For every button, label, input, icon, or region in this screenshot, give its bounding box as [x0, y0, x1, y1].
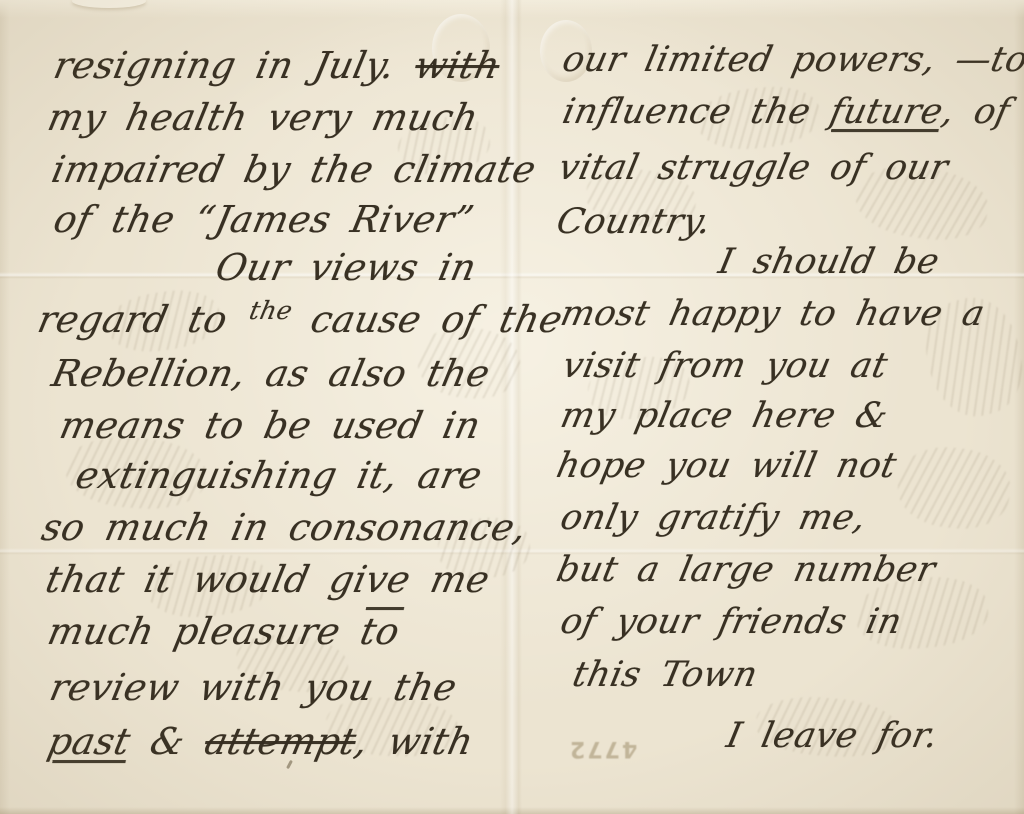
text-segment: future [826, 92, 946, 132]
letter-page-left: resigning in July. withmy health very mu… [22, 0, 508, 814]
handwritten-line: means to be used in [56, 404, 484, 447]
handwritten-line: our limited powers, —to [559, 40, 1024, 80]
text-segment: most happy to have a [557, 294, 988, 334]
text-segment: cause of the [286, 298, 567, 341]
handwritten-line: only gratify me, [557, 498, 870, 538]
handwritten-line: of the “James River” [50, 198, 478, 241]
text-segment: Our views in [212, 246, 480, 289]
handwritten-line: but a large number [553, 550, 939, 590]
handwritten-line: my place here & [557, 396, 891, 436]
handwritten-line: of your friends in [557, 602, 905, 642]
handwritten-line: review with you the [46, 666, 461, 709]
handwritten-line: Rebellion, as also the [48, 352, 494, 395]
text-segment: vital struggle of our [555, 148, 952, 188]
text-segment: impaired by the climate [48, 148, 540, 191]
handwritten-line: impaired by the climate [48, 148, 540, 191]
text-segment: influence the [559, 92, 835, 132]
text-segment: Country. [553, 202, 715, 242]
text-segment: to [356, 610, 403, 653]
text-segment: this Town [569, 655, 761, 695]
text-segment: , with [351, 720, 477, 763]
handwritten-line: most happy to have a [557, 294, 988, 334]
text-segment: only gratify me, [557, 498, 870, 538]
text-segment: resigning in July. [50, 44, 420, 87]
text-segment: hope you will not [553, 446, 900, 486]
text-segment: of your friends in [557, 602, 905, 642]
text-segment: the [247, 296, 296, 325]
text-segment: that it would give me [42, 558, 494, 601]
handwritten-line: resigning in July. with [50, 44, 504, 87]
handwritten-line: hope you will not [553, 446, 900, 486]
handwritten-line: vital struggle of our [555, 148, 952, 188]
text-segment: review with you the [46, 666, 461, 709]
text-segment: means to be used in [56, 404, 484, 447]
text-segment: but a large number [553, 550, 939, 590]
catalog-number-stamp: 4772 [568, 736, 637, 761]
handwritten-line: I leave for. [723, 716, 942, 756]
handwritten-line: Country. [553, 202, 715, 242]
text-segment: extinguishing it, are [72, 454, 486, 497]
text-segment: so much in consonance, [38, 506, 531, 549]
handwritten-line: Our views in [212, 246, 480, 289]
text-segment: , of [938, 92, 1024, 132]
text-segment: visit from you at [559, 346, 891, 386]
handwritten-line: so much in consonance, [38, 506, 531, 549]
handwritten-line: past & attempt, with [44, 720, 477, 763]
text-segment: with [411, 44, 504, 87]
text-segment: past [44, 720, 134, 763]
text-segment: attempt [201, 720, 360, 763]
text-segment: & [125, 720, 210, 763]
text-segment: our limited powers, —to [559, 40, 1024, 80]
letter-page-right: our limited powers, —toinfluence the fut… [545, 0, 1015, 814]
handwritten-line: extinguishing it, are [72, 454, 486, 497]
text-segment: my place here & [557, 396, 891, 436]
handwritten-line: visit from you at [559, 346, 891, 386]
letter-scan: resigning in July. withmy health very mu… [0, 0, 1024, 814]
text-segment: my health very much [44, 96, 482, 139]
handwritten-line: much pleasure to [44, 610, 404, 653]
handwritten-line: I should be [715, 242, 943, 282]
text-segment: of the “James River” [50, 198, 478, 241]
handwritten-line: influence the future, of this [559, 92, 1024, 132]
text-segment: Rebellion, as also the [48, 352, 494, 395]
handwritten-line: regard to the cause of the [34, 298, 566, 341]
text-segment: I should be [715, 242, 943, 282]
handwritten-line: that it would give me [42, 558, 494, 601]
text-segment: much pleasure [44, 610, 366, 653]
text-segment: I leave for. [723, 716, 942, 756]
handwritten-line: my health very much [44, 96, 482, 139]
text-segment: regard to [34, 298, 253, 341]
handwritten-line: this Town [569, 655, 761, 695]
